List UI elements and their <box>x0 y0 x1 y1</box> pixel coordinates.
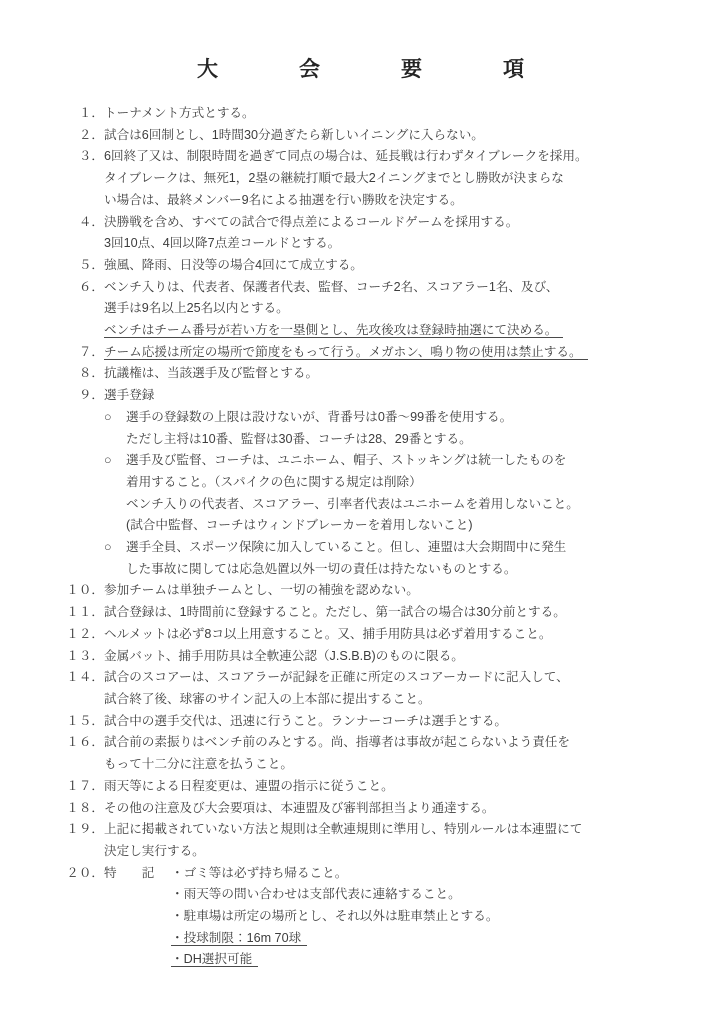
item-number: １５． <box>65 711 104 733</box>
item-number: １７． <box>65 776 104 798</box>
item-number: １６． <box>65 732 104 754</box>
item-line: 6回終了又は、制限時間を過ぎて同点の場合は、延長戦は行わずタイブレークを採用。 <box>104 146 710 168</box>
list-item: ８．抗議権は、当該選手及び監督とする。 <box>65 363 710 385</box>
list-item: ７．チーム応援は所定の場所で節度をもって行う。メガホン、鳴り物の使用は禁止する。 <box>65 342 710 364</box>
item-line: 試合中の選手交代は、迅速に行うこと。ランナーコーチは選手とする。 <box>104 711 710 733</box>
item-number: １３． <box>65 646 104 668</box>
title-char: 大 <box>197 57 218 82</box>
item-body: 試合前の素振りはベンチ前のみとする。尚、指導者は事故が起こらないよう責任をもって… <box>104 732 710 775</box>
item-line: ヘルメットは必ず8コ以上用意すること。又、捕手用防具は必ず着用すること。 <box>104 624 710 646</box>
item-line: 参加チームは単独チームとし、一切の補強を認めない。 <box>104 580 710 602</box>
item-line: 試合は6回制とし、1時間30分過ぎたら新しいイニングに入らない。 <box>104 125 710 147</box>
item-line: 試合のスコアーは、スコアラーが記録を正確に所定のスコアーカードに記入して、 <box>104 667 710 689</box>
item-line: 抗議権は、当該選手及び監督とする。 <box>104 363 710 385</box>
item-body: 6回終了又は、制限時間を過ぎて同点の場合は、延長戦は行わずタイブレークを採用。タ… <box>104 146 710 211</box>
bullet-line: ・投球制限：16m 70球 <box>104 928 710 950</box>
sub-bullet-body: 選手及び監督、コーチは、ユニホーム、帽子、ストッキングは統一したものを着用するこ… <box>126 450 710 537</box>
item-line: ベンチはチーム番号が若い方を一塁側とし、先攻後攻は登録時抽選にて決める。 <box>104 320 710 342</box>
list-item: ２０．特 記・ゴミ等は必ず持ち帰ること。・雨天等の問い合わせは支部代表に連絡する… <box>65 863 710 972</box>
item-body: その他の注意及び大会要項は、本連盟及び審判部担当より通達する。 <box>104 798 710 820</box>
item-body: 金属バット、捕手用防具は全軟連公認（J.S.B.B)のものに限る。 <box>104 646 710 668</box>
item-number: ２０． <box>65 863 104 885</box>
sub-bullet-line: 選手の登録数の上限は設けないが、背番号は0番～99番を使用する。 <box>126 407 710 429</box>
item-body: ヘルメットは必ず8コ以上用意すること。又、捕手用防具は必ず着用すること。 <box>104 624 710 646</box>
list-item: １６．試合前の素振りはベンチ前のみとする。尚、指導者は事故が起こらないよう責任を… <box>65 732 710 775</box>
sub-bullet-line: 選手全員、スポーツ保険に加入していること。但し、連盟は大会期間中に発生 <box>126 537 710 559</box>
bullet-line: ・雨天等の問い合わせは支部代表に連絡すること。 <box>104 884 710 906</box>
underlined-text: ・DH選択可能 <box>171 952 258 967</box>
sub-bullet-line: した事故に関しては応急処置以外一切の責任は持たないものとする。 <box>126 559 710 581</box>
list-item: １４．試合のスコアーは、スコアラーが記録を正確に所定のスコアーカードに記入して、… <box>65 667 710 710</box>
sub-bullet-body: 選手全員、スポーツ保険に加入していること。但し、連盟は大会期間中に発生した事故に… <box>126 537 710 580</box>
list-item: １０．参加チームは単独チームとし、一切の補強を認めない。 <box>65 580 710 602</box>
item-number: １０． <box>65 580 104 602</box>
list-item: １９．上記に掲載されていない方法と規則は全軟連規則に準用し、特別ルールは本連盟に… <box>65 819 710 862</box>
list-item: ３．6回終了又は、制限時間を過ぎて同点の場合は、延長戦は行わずタイブレークを採用… <box>65 146 710 211</box>
item-line: 雨天等による日程変更は、連盟の指示に従うこと。 <box>104 776 710 798</box>
list-item: ２．試合は6回制とし、1時間30分過ぎたら新しいイニングに入らない。 <box>65 125 710 147</box>
list-item: ５．強風、降雨、日没等の場合4回にて成立する。 <box>65 255 710 277</box>
item-line: 3回10点、4回以降7点差コールドとする。 <box>104 233 710 255</box>
item-number: １４． <box>65 667 104 689</box>
item-number: ５． <box>65 255 104 277</box>
sub-bullet-line: 着用すること。（スパイクの色に関する規定は削除） <box>126 472 710 494</box>
item-number: ９． <box>65 385 104 407</box>
item-line: ベンチ入りは、代表者、保護者代表、監督、コーチ2名、スコアラー1名、及び、 <box>104 277 710 299</box>
circle-bullet-marker: ○ <box>104 450 126 537</box>
item-number: １２． <box>65 624 104 646</box>
item-body: 決勝戦を含め、すべての試合で得点差によるコールドゲームを採用する。3回10点、4… <box>104 212 710 255</box>
item-body: 試合のスコアーは、スコアラーが記録を正確に所定のスコアーカードに記入して、試合終… <box>104 667 710 710</box>
item-body: 試合登録は、1時間前に登録すること。ただし、第一試合の場合は30分前とする。 <box>104 602 710 624</box>
item-body: 強風、降雨、日没等の場合4回にて成立する。 <box>104 255 710 277</box>
underlined-text: ・投球制限：16m 70球 <box>171 931 307 946</box>
bullet-line: ・ゴミ等は必ず持ち帰ること。 <box>104 863 710 885</box>
item-number: ７． <box>65 342 104 364</box>
item-body: 雨天等による日程変更は、連盟の指示に従うこと。 <box>104 776 710 798</box>
sub-bullet-line: ただし主将は10番、監督は30番、コーチは28、29番とする。 <box>126 429 710 451</box>
list-item: １３．金属バット、捕手用防具は全軟連公認（J.S.B.B)のものに限る。 <box>65 646 710 668</box>
list-item: ９．選手登録○選手の登録数の上限は設けないが、背番号は0番～99番を使用する。た… <box>65 385 710 580</box>
item-line: 試合登録は、1時間前に登録すること。ただし、第一試合の場合は30分前とする。 <box>104 602 710 624</box>
item-line: もって十二分に注意を払うこと。 <box>104 754 710 776</box>
bullet-line: ・DH選択可能 <box>104 949 710 971</box>
list-item: １８．その他の注意及び大会要項は、本連盟及び審判部担当より通達する。 <box>65 798 710 820</box>
item-number: ３． <box>65 146 104 168</box>
list-item: １１．試合登録は、1時間前に登録すること。ただし、第一試合の場合は30分前とする… <box>65 602 710 624</box>
item-body: 選手登録○選手の登録数の上限は設けないが、背番号は0番～99番を使用する。ただし… <box>104 385 710 580</box>
document-page: 大 会 要 項 １．トーナメント方式とする。２．試合は6回制とし、1時間30分過… <box>0 0 724 1024</box>
list-item: １２．ヘルメットは必ず8コ以上用意すること。又、捕手用防具は必ず着用すること。 <box>65 624 710 646</box>
item-body: 参加チームは単独チームとし、一切の補強を認めない。 <box>104 580 710 602</box>
title-char: 会 <box>299 57 320 82</box>
underlined-text: ベンチはチーム番号が若い方を一塁側とし、先攻後攻は登録時抽選にて決める。 <box>104 323 563 338</box>
sub-bullet-line: 選手及び監督、コーチは、ユニホーム、帽子、ストッキングは統一したものを <box>126 450 710 472</box>
document-title: 大 会 要 項 <box>197 57 524 82</box>
item-number: ４． <box>65 212 104 234</box>
list-item: １．トーナメント方式とする。 <box>65 103 710 125</box>
sub-bullet-body: 選手の登録数の上限は設けないが、背番号は0番～99番を使用する。ただし主将は10… <box>126 407 710 450</box>
title-char: 項 <box>503 57 524 82</box>
list-item: ６．ベンチ入りは、代表者、保護者代表、監督、コーチ2名、スコアラー1名、及び、選… <box>65 277 710 342</box>
item-body: 試合中の選手交代は、迅速に行うこと。ランナーコーチは選手とする。 <box>104 711 710 733</box>
list-item: １５．試合中の選手交代は、迅速に行うこと。ランナーコーチは選手とする。 <box>65 711 710 733</box>
item-number: ８． <box>65 363 104 385</box>
item-body: 特 記・ゴミ等は必ず持ち帰ること。・雨天等の問い合わせは支部代表に連絡すること。… <box>104 863 710 972</box>
item-number: １１． <box>65 602 104 624</box>
item-number: ２． <box>65 125 104 147</box>
sub-bullet-line: (試合中監督、コーチはウィンドブレーカーを着用しないこと) <box>126 515 710 537</box>
item-body: 上記に掲載されていない方法と規則は全軟連規則に準用し、特別ルールは本連盟にて決定… <box>104 819 710 862</box>
item-body: 試合は6回制とし、1時間30分過ぎたら新しいイニングに入らない。 <box>104 125 710 147</box>
item-body: 抗議権は、当該選手及び監督とする。 <box>104 363 710 385</box>
item-number: １８． <box>65 798 104 820</box>
sub-bullet: ○選手全員、スポーツ保険に加入していること。但し、連盟は大会期間中に発生した事故… <box>104 537 710 580</box>
item-line: 試合前の素振りはベンチ前のみとする。尚、指導者は事故が起こらないよう責任を <box>104 732 710 754</box>
item-line: 金属バット、捕手用防具は全軟連公認（J.S.B.B)のものに限る。 <box>104 646 710 668</box>
item-line: 試合終了後、球審のサイン記入の上本部に提出すること。 <box>104 689 710 711</box>
item-line: 上記に掲載されていない方法と規則は全軟連規則に準用し、特別ルールは本連盟にて <box>104 819 710 841</box>
item-line: チーム応援は所定の場所で節度をもって行う。メガホン、鳴り物の使用は禁止する。 <box>104 342 710 364</box>
bullet-line: ・駐車場は所定の場所とし、それ以外は駐車禁止とする。 <box>104 906 710 928</box>
item-line: い場合は、最終メンバー9名による抽選を行い勝敗を決定する。 <box>104 190 710 212</box>
circle-bullet-marker: ○ <box>104 537 126 580</box>
item-line: 決勝戦を含め、すべての試合で得点差によるコールドゲームを採用する。 <box>104 212 710 234</box>
item-number: １． <box>65 103 104 125</box>
sub-bullet: ○選手の登録数の上限は設けないが、背番号は0番～99番を使用する。ただし主将は1… <box>104 407 710 450</box>
item-line: 選手登録 <box>104 385 710 407</box>
sub-bullet: ○選手及び監督、コーチは、ユニホーム、帽子、ストッキングは統一したものを着用する… <box>104 450 710 537</box>
item-line: トーナメント方式とする。 <box>104 103 710 125</box>
item-line: タイブレークは、無死1，2塁の継続打順で最大2イニングまでとし勝敗が決まらな <box>104 168 710 190</box>
item-body: トーナメント方式とする。 <box>104 103 710 125</box>
list-item: ４．決勝戦を含め、すべての試合で得点差によるコールドゲームを採用する。3回10点… <box>65 212 710 255</box>
item-number: ６． <box>65 277 104 299</box>
special-note-label: 特 記 <box>104 863 154 885</box>
circle-bullet-marker: ○ <box>104 407 126 450</box>
item-line: 決定し実行する。 <box>104 841 710 863</box>
item-number: １９． <box>65 819 104 841</box>
underlined-text: チーム応援は所定の場所で節度をもって行う。メガホン、鳴り物の使用は禁止する。 <box>104 345 588 360</box>
item-line: 強風、降雨、日没等の場合4回にて成立する。 <box>104 255 710 277</box>
item-body: チーム応援は所定の場所で節度をもって行う。メガホン、鳴り物の使用は禁止する。 <box>104 342 710 364</box>
title-char: 要 <box>401 57 422 82</box>
item-body: ベンチ入りは、代表者、保護者代表、監督、コーチ2名、スコアラー1名、及び、選手は… <box>104 277 710 342</box>
list-item: １７．雨天等による日程変更は、連盟の指示に従うこと。 <box>65 776 710 798</box>
sub-bullet-line: ベンチ入りの代表者、スコアラー、引率者代表はユニホームを着用しないこと。 <box>126 494 710 516</box>
item-line: その他の注意及び大会要項は、本連盟及び審判部担当より通達する。 <box>104 798 710 820</box>
item-line: 選手は9名以上25名以内とする。 <box>104 298 710 320</box>
rules-list: １．トーナメント方式とする。２．試合は6回制とし、1時間30分過ぎたら新しいイニ… <box>65 103 710 971</box>
